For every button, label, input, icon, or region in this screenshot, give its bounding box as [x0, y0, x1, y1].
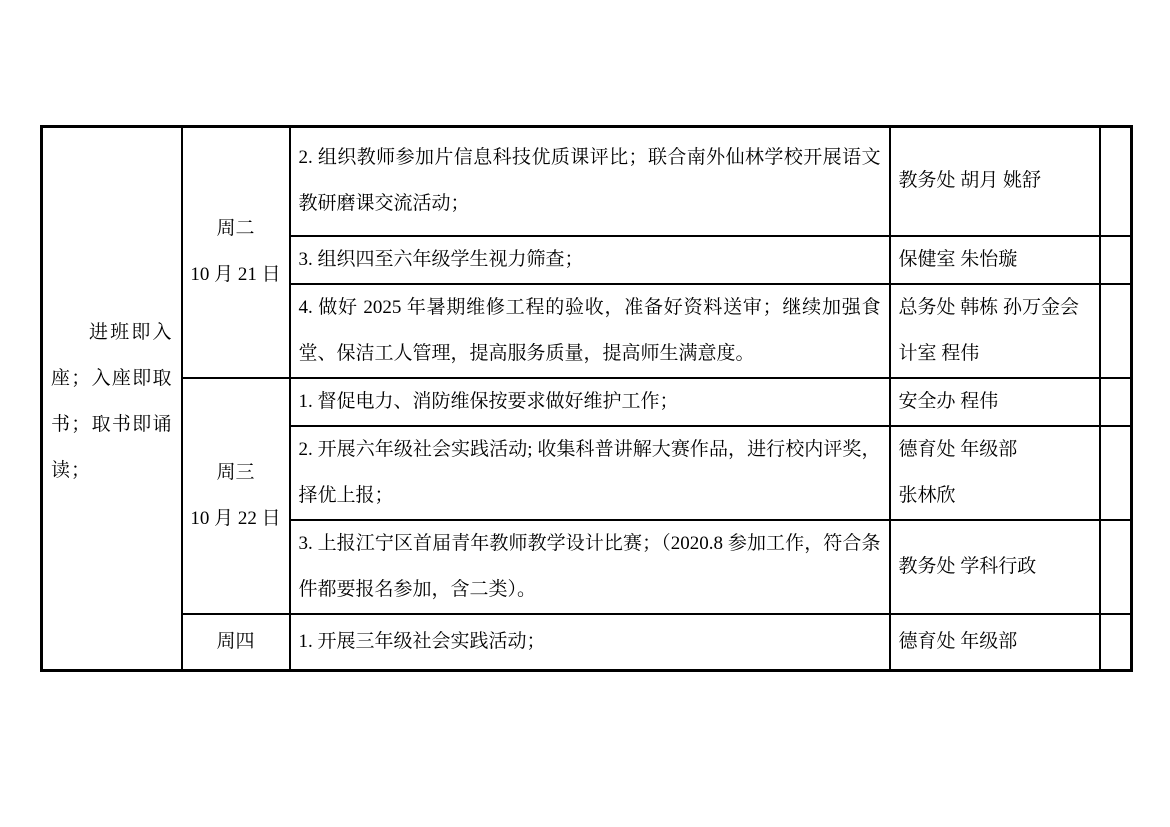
owner-cell: 教务处 胡月 姚舒 — [890, 127, 1100, 236]
day-cell-wednesday: 周三 10 月 22 日 — [182, 378, 290, 614]
table-row: 进班即入座；入座即取书；取书即诵读； 周二 10 月 21 日 2. 组织教师参… — [42, 127, 1132, 236]
status-cell — [1100, 236, 1132, 284]
owner-cell: 德育处 年级部 张林欣 — [890, 426, 1100, 520]
task-cell: 3. 组织四至六年级学生视力筛查； — [290, 236, 890, 284]
task-cell: 2. 组织教师参加片信息科技优质课评比；联合南外仙林学校开展语文教研磨课交流活动… — [290, 127, 890, 236]
status-cell — [1100, 614, 1132, 671]
status-cell — [1100, 284, 1132, 378]
task-cell: 2. 开展六年级社会实践活动; 收集科普讲解大赛作品，进行校内评奖，择优上报； — [290, 426, 890, 520]
morning-routine-notes: 进班即入座；入座即取书；取书即诵读； — [42, 127, 182, 671]
weekly-schedule-table: 进班即入座；入座即取书；取书即诵读； 周二 10 月 21 日 2. 组织教师参… — [40, 125, 1133, 672]
owner-cell: 德育处 年级部 — [890, 614, 1100, 671]
status-cell — [1100, 426, 1132, 520]
task-cell: 4. 做好 2025 年暑期维修工程的验收，准备好资料送审；继续加强食堂、保洁工… — [290, 284, 890, 378]
date-label: 10 月 21 日 — [185, 252, 287, 298]
status-cell — [1100, 127, 1132, 236]
document-page: 进班即入座；入座即取书；取书即诵读； 周二 10 月 21 日 2. 组织教师参… — [0, 0, 1170, 827]
table-row: 周四 1. 开展三年级社会实践活动； 德育处 年级部 — [42, 614, 1132, 671]
day-label: 周三 — [185, 450, 287, 496]
task-cell: 3. 上报江宁区首届青年教师教学设计比赛；（2020.8 参加工作，符合条件都要… — [290, 520, 890, 614]
owner-cell: 总务处 韩栋 孙万金会计室 程伟 — [890, 284, 1100, 378]
day-cell-thursday: 周四 — [182, 614, 290, 671]
date-label: 10 月 22 日 — [185, 496, 287, 542]
table-row: 周三 10 月 22 日 1. 督促电力、消防维保按要求做好维护工作； 安全办 … — [42, 378, 1132, 426]
day-label: 周四 — [185, 619, 287, 665]
day-cell-tuesday: 周二 10 月 21 日 — [182, 127, 290, 378]
status-cell — [1100, 520, 1132, 614]
owner-cell: 教务处 学科行政 — [890, 520, 1100, 614]
day-label: 周二 — [185, 206, 287, 252]
task-cell: 1. 督促电力、消防维保按要求做好维护工作； — [290, 378, 890, 426]
owner-cell: 保健室 朱怡璇 — [890, 236, 1100, 284]
owner-cell: 安全办 程伟 — [890, 378, 1100, 426]
task-cell: 1. 开展三年级社会实践活动； — [290, 614, 890, 671]
status-cell — [1100, 378, 1132, 426]
